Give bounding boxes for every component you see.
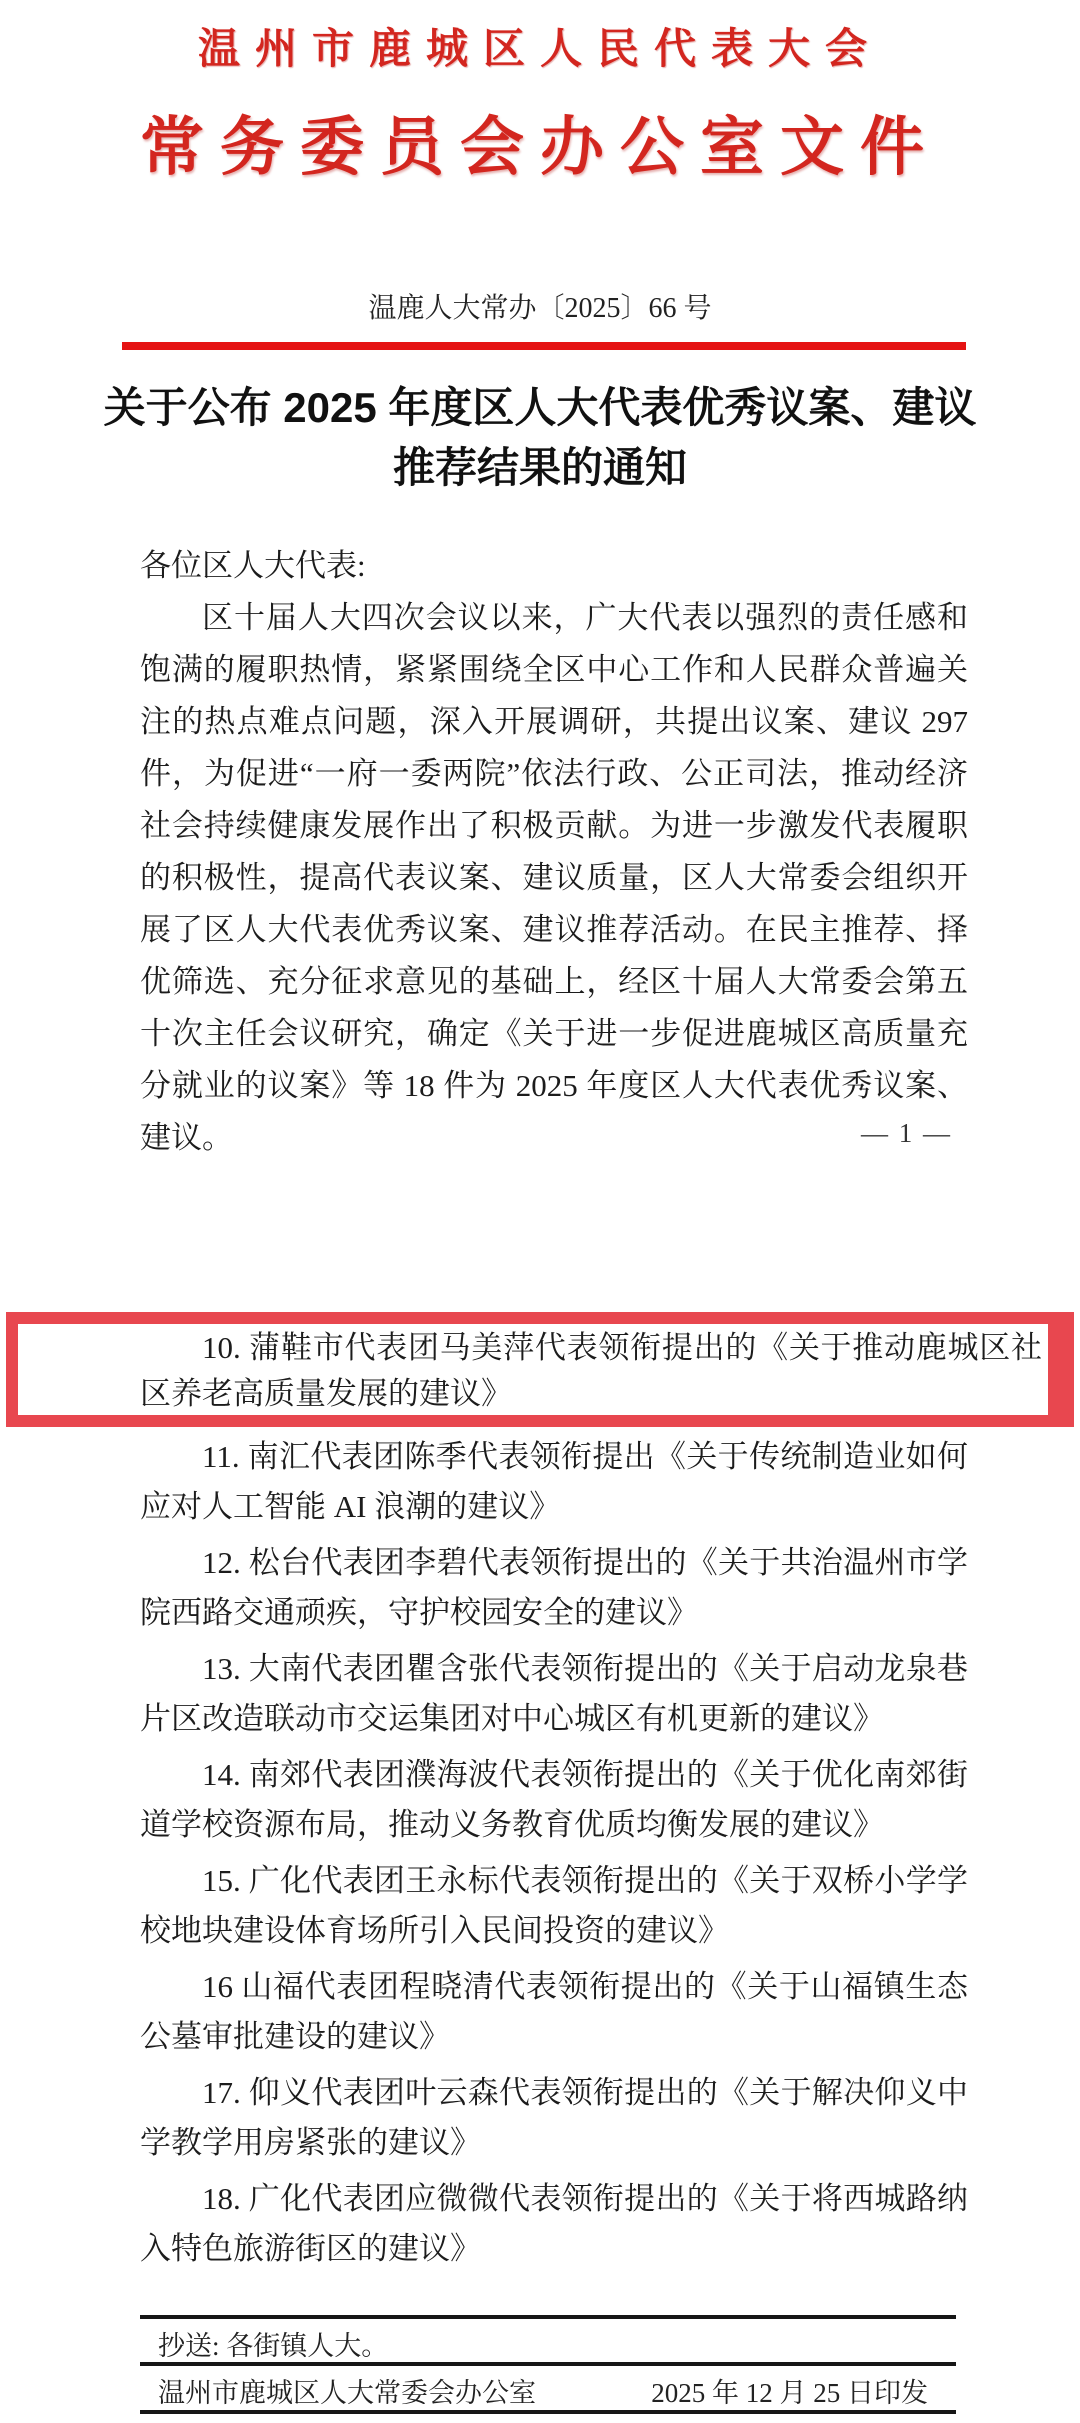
list-item-12: 12. 松台代表团李碧代表领衔提出的《关于共治温州市学院西路交通顽疾，守护校园安… [140, 1538, 968, 1638]
document-title-line-1: 关于公布 2025 年度区人大代表优秀议案、建议 [60, 378, 1020, 438]
document-page: 温州市鹿城区人民代表大会 常务委员会办公室文件 温鹿人大常办〔2025〕66 号… [0, 0, 1080, 2423]
page-number: — 1 — [861, 1118, 952, 1149]
list-item-11: 11. 南汇代表团陈季代表领衔提出《关于传统制造业如何应对人工智能 AI 浪潮的… [140, 1432, 968, 1532]
list-item-18: 18. 广化代表团应微微代表领衔提出的《关于将西城路纳入特色旅游街区的建议》 [140, 2174, 968, 2274]
highlight-annotation-box: 10. 蒲鞋市代表团马美萍代表领衔提出的《关于推动鹿城区社区养老高质量发展的建议… [6, 1312, 1074, 1427]
list-item-17: 17. 仰义代表团叶云森代表领衔提出的《关于解决仰义中学教学用房紧张的建议》 [140, 2068, 968, 2168]
salutation: 各位区人大代表: [140, 540, 968, 592]
letterhead-org-name: 温州市鹿城区人民代表大会 [0, 16, 1080, 76]
list-item-10: 10. 蒲鞋市代表团马美萍代表领衔提出的《关于推动鹿城区社区养老高质量发展的建议… [140, 1325, 1042, 1417]
document-title-line-2: 推荐结果的通知 [60, 438, 1020, 498]
document-title: 关于公布 2025 年度区人大代表优秀议案、建议 推荐结果的通知 [60, 378, 1020, 498]
footer-print-date: 2025 年 12 月 25 日印发 [651, 2371, 928, 2410]
list-item-13: 13. 大南代表团瞿含张代表领衔提出的《关于启动龙泉巷片区改造联动市交运集团对中… [140, 1644, 968, 1744]
recommendation-list: 11. 南汇代表团陈季代表领衔提出《关于传统制造业如何应对人工智能 AI 浪潮的… [140, 1432, 968, 2280]
footer-issuer-row: 温州市鹿城区人大常委会办公室 2025 年 12 月 25 日印发 [158, 2371, 928, 2410]
list-item-14: 14. 南郊代表团濮海波代表领衔提出的《关于优化南郊街道学校资源布局，推动义务教… [140, 1750, 968, 1850]
footer-cc-line: 抄送: 各街镇人大。 [158, 2324, 388, 2363]
letterhead-doc-type: 常务委员会办公室文件 [0, 96, 1080, 188]
footer-divider-middle [140, 2362, 956, 2366]
letterhead-divider-rule [122, 342, 966, 350]
footer-issuer: 温州市鹿城区人大常委会办公室 [158, 2371, 536, 2410]
list-item-16: 16 山福代表团程晓清代表领衔提出的《关于山福镇生态公墓审批建设的建议》 [140, 1962, 968, 2062]
footer-divider-top [140, 2315, 956, 2319]
list-item-15: 15. 广化代表团王永标代表领衔提出的《关于双桥小学学校地块建设体育场所引入民间… [140, 1856, 968, 1956]
body-text: 各位区人大代表: 区十届人大四次会议以来，广大代表以强烈的责任感和饱满的履职热情… [140, 540, 968, 1164]
footer-divider-bottom [140, 2410, 956, 2414]
document-number: 温鹿人大常办〔2025〕66 号 [0, 286, 1080, 326]
body-paragraph: 区十届人大四次会议以来，广大代表以强烈的责任感和饱满的履职热情，紧紧围绕全区中心… [140, 592, 968, 1164]
